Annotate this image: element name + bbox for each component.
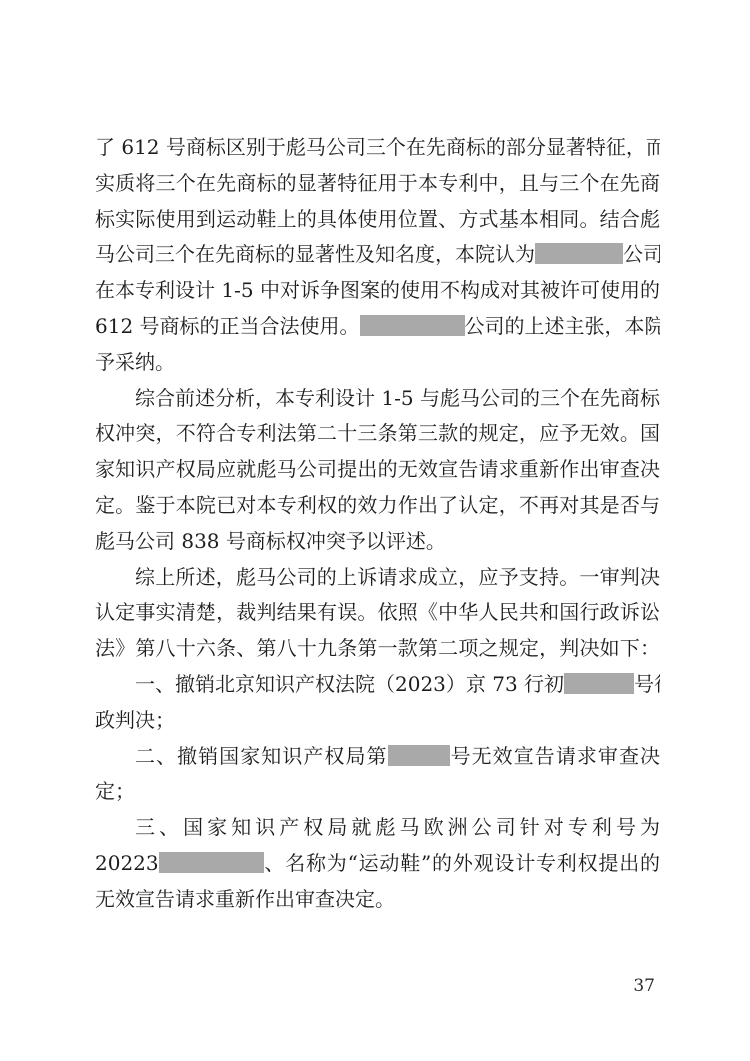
text-line: 了 612 号商标区别于彪马公司三个在先商标的部分显著特征，而 (95, 130, 660, 166)
line-text: 612 号商标的正当合法使用。 (95, 314, 360, 338)
text-line: 标实际使用到运动鞋上的具体使用位置、方式基本相同。结合彪 (95, 202, 660, 238)
text-line: 法》第八十六条、第八十九条第一款第二项之规定，判决如下： (95, 631, 660, 667)
line-text: 了 612 号商标区别于彪马公司三个在先商标的部分显著特征，而 (95, 135, 660, 159)
line-text: 政判决； (95, 708, 175, 732)
text-line: 认定事实清楚，裁判结果有误。依照《中华人民共和国行政诉讼 (95, 595, 660, 631)
line-text: 权冲突，不符合专利法第二十三条第三款的规定，应予无效。国 (95, 421, 660, 445)
line-text: 号无效宣告请求审查决 (450, 744, 660, 768)
line-text: 公司的上述主张，本院不 (465, 314, 660, 338)
text-line: 无效宣告请求重新作出审查决定。 (95, 882, 660, 918)
line-text: 马公司三个在先商标的显著性及知名度，本院认为 (95, 242, 535, 266)
line-text: 20223 (95, 851, 159, 875)
text-line: 在本专利设计 1-5 中对诉争图案的使用不构成对其被许可使用的 (95, 273, 660, 309)
line-text: 实质将三个在先商标的显著特征用于本专利中，且与三个在先商 (95, 171, 660, 195)
text-line: 权冲突，不符合专利法第二十三条第三款的规定，应予无效。国 (95, 416, 660, 452)
text-line-with-redaction: 612 号商标的正当合法使用。公司的上述主张，本院不 (95, 309, 660, 345)
line-text: 在本专利设计 1-5 中对诉争图案的使用不构成对其被许可使用的 (95, 278, 660, 302)
text-line: 定； (95, 774, 660, 810)
text-line-with-redaction: 马公司三个在先商标的显著性及知名度，本院认为公司 (95, 237, 660, 273)
line-text: 定。鉴于本院已对本专利权的效力作出了认定，不再对其是否与 (95, 493, 660, 517)
page-number: 37 (0, 976, 655, 996)
ruling-item-line: 三、国家知识产权局就彪马欧洲公司针对专利号为 (95, 810, 660, 846)
text-line: 彪马公司 838 号商标权冲突予以评述。 (95, 524, 660, 560)
line-text: 二、撤销国家知识产权局第 (135, 744, 388, 768)
text-line-with-redaction: 20223、名称为“运动鞋”的外观设计专利权提出的 (95, 846, 660, 882)
line-text: 彪马公司 838 号商标权冲突予以评述。 (95, 529, 446, 553)
redaction-box (360, 315, 465, 336)
line-text: 认定事实清楚，裁判结果有误。依照《中华人民共和国行政诉讼 (95, 600, 660, 624)
text-line: 政判决； (95, 703, 660, 739)
paragraph-start-line: 综合前述分析，本专利设计 1-5 与彪马公司的三个在先商标 (95, 381, 660, 417)
line-text: 一、撤销北京知识产权法院（2023）京 73 行初 (135, 672, 564, 696)
paragraph-start-line: 综上所述，彪马公司的上诉请求成立，应予支持。一审判决 (95, 560, 660, 596)
line-text: 标实际使用到运动鞋上的具体使用位置、方式基本相同。结合彪 (95, 207, 660, 231)
document-body: 了 612 号商标区别于彪马公司三个在先商标的部分显著特征，而 实质将三个在先商… (95, 130, 660, 918)
line-text: 家知识产权局应就彪马公司提出的无效宣告请求重新作出审查决 (95, 457, 660, 481)
line-text: 定； (95, 779, 135, 803)
redaction-box (535, 243, 623, 264)
redaction-box (564, 673, 634, 694)
text-line: 定。鉴于本院已对本专利权的效力作出了认定，不再对其是否与 (95, 488, 660, 524)
line-text: 法》第八十六条、第八十九条第一款第二项之规定，判决如下： (95, 636, 660, 660)
judgment-document-page: 了 612 号商标区别于彪马公司三个在先商标的部分显著特征，而 实质将三个在先商… (0, 0, 750, 1061)
redaction-box (388, 745, 450, 766)
line-text: 三、国家知识产权局就彪马欧洲公司针对专利号为 (135, 815, 660, 839)
line-text: 、名称为“运动鞋”的外观设计专利权提出的 (264, 851, 660, 875)
ruling-item-line-with-redaction: 二、撤销国家知识产权局第号无效宣告请求审查决 (95, 739, 660, 775)
line-text: 予采纳。 (95, 350, 175, 374)
line-text: 综上所述，彪马公司的上诉请求成立，应予支持。一审判决 (135, 565, 660, 589)
line-text: 号行 (634, 672, 660, 696)
line-text: 无效宣告请求重新作出审查决定。 (95, 887, 395, 911)
line-text: 公司 (623, 242, 660, 266)
line-text: 综合前述分析，本专利设计 1-5 与彪马公司的三个在先商标 (135, 386, 660, 410)
redaction-box (159, 852, 264, 873)
text-line: 予采纳。 (95, 345, 660, 381)
text-line: 实质将三个在先商标的显著特征用于本专利中，且与三个在先商 (95, 166, 660, 202)
ruling-item-line-with-redaction: 一、撤销北京知识产权法院（2023）京 73 行初号行 (95, 667, 660, 703)
text-line: 家知识产权局应就彪马公司提出的无效宣告请求重新作出审查决 (95, 452, 660, 488)
